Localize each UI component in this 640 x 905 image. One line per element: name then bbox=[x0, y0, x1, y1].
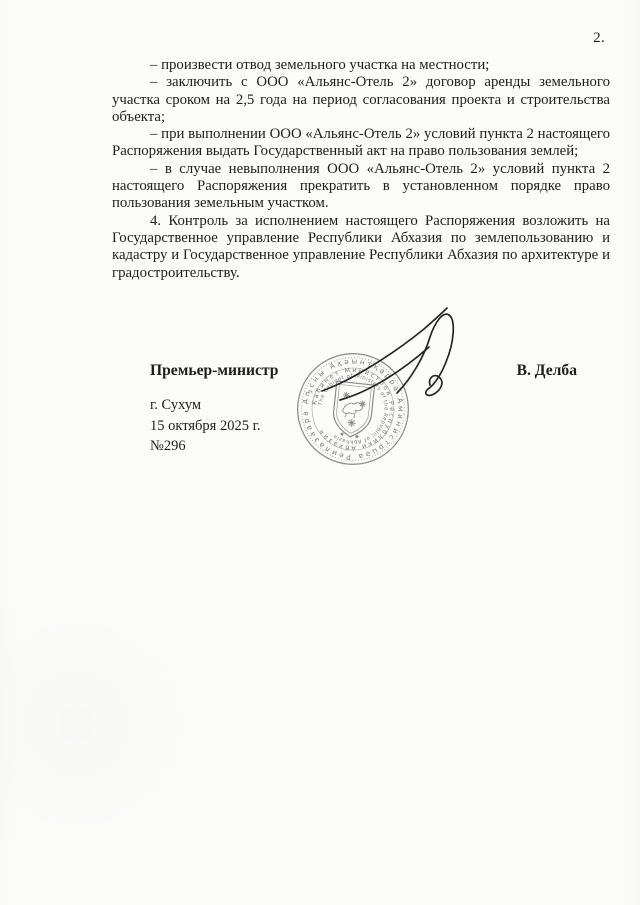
signature-row: Премьер-министр В. Делба bbox=[112, 362, 610, 380]
body-paragraph-1: – произвести отвод земельного участка на… bbox=[112, 57, 610, 74]
body-paragraph-2: – заключить с ООО «Альянс-Отель 2» догов… bbox=[112, 74, 610, 126]
body-paragraph-4: – в случае невыполнения ООО «Альянс-Отел… bbox=[112, 161, 610, 213]
meta-city: г. Сухум bbox=[150, 395, 261, 416]
signature-loop-stroke bbox=[397, 314, 453, 395]
shield-star-right bbox=[359, 400, 366, 407]
page-number: 2. bbox=[593, 30, 605, 47]
shield-inner-outline bbox=[335, 384, 372, 435]
signer-name: В. Делба bbox=[517, 362, 577, 380]
shield-star-bottom bbox=[347, 419, 356, 428]
body-paragraph-3: – при выполнении ООО «Альянс-Отель 2» ус… bbox=[112, 126, 610, 161]
seal-star-left: ★ bbox=[339, 431, 345, 439]
handwritten-signature bbox=[322, 308, 453, 400]
document-body: – произвести отвод земельного участка на… bbox=[112, 57, 610, 282]
seal-coat-of-arms bbox=[331, 381, 374, 439]
shield-star-top-left bbox=[343, 391, 350, 398]
shield-horseman-figure bbox=[342, 401, 363, 419]
document-meta: г. Сухум 15 октября 2025 г. №296 bbox=[150, 395, 261, 457]
meta-doc-number: №296 bbox=[150, 436, 261, 457]
body-paragraph-5: 4. Контроль за исполнением настоящего Ра… bbox=[112, 213, 610, 282]
signer-title: Премьер-министр bbox=[150, 362, 278, 380]
shield-outline bbox=[331, 381, 374, 439]
document-page: 2. – произвести отвод земельного участка… bbox=[0, 0, 640, 905]
meta-date: 15 октября 2025 г. bbox=[150, 416, 261, 437]
seal-english-text: The Cabinet of Ministers of the Republic… bbox=[314, 370, 392, 448]
seal-star-right: ★ bbox=[354, 433, 360, 441]
